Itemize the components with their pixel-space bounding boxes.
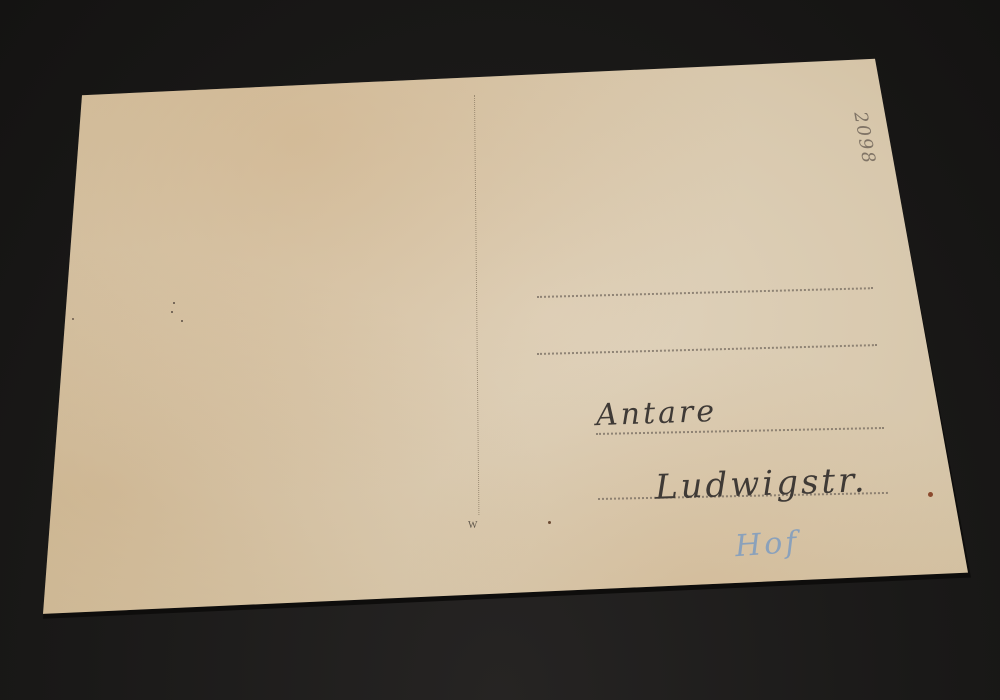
handwritten-address-line-1: Antare — [595, 394, 717, 433]
stain-speck — [548, 521, 551, 524]
handwritten-address-line-2: Ludwigstr. — [654, 460, 868, 507]
stain-speck — [181, 320, 183, 322]
handwritten-blue-note: Hof — [734, 525, 801, 564]
stain-speck — [173, 302, 175, 304]
photo-scene: Antare Ludwigstr. Hof 2098 W — [0, 0, 1000, 700]
printer-mark: W — [468, 520, 477, 531]
stain-speck — [171, 311, 173, 313]
stain-speck — [928, 492, 933, 497]
stain-speck — [72, 318, 74, 320]
